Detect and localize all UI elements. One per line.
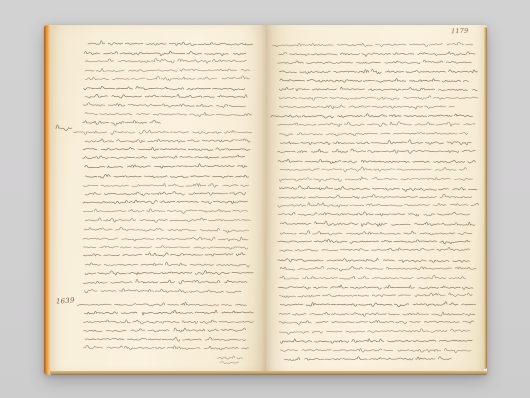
margin-note-year: 1639	[56, 297, 75, 305]
page-number: 1179	[451, 28, 469, 35]
open-book: 1639 1179	[44, 25, 487, 375]
left-page-handwriting	[50, 25, 266, 371]
backdrop: 1639 1179	[0, 0, 530, 398]
right-page: 1179	[266, 25, 484, 371]
page-block-edge-bottom	[50, 371, 487, 375]
right-page-handwriting	[266, 25, 484, 371]
page-spread: 1639 1179	[50, 25, 487, 375]
left-page: 1639	[50, 25, 266, 371]
page-block-edge-right	[484, 27, 487, 369]
